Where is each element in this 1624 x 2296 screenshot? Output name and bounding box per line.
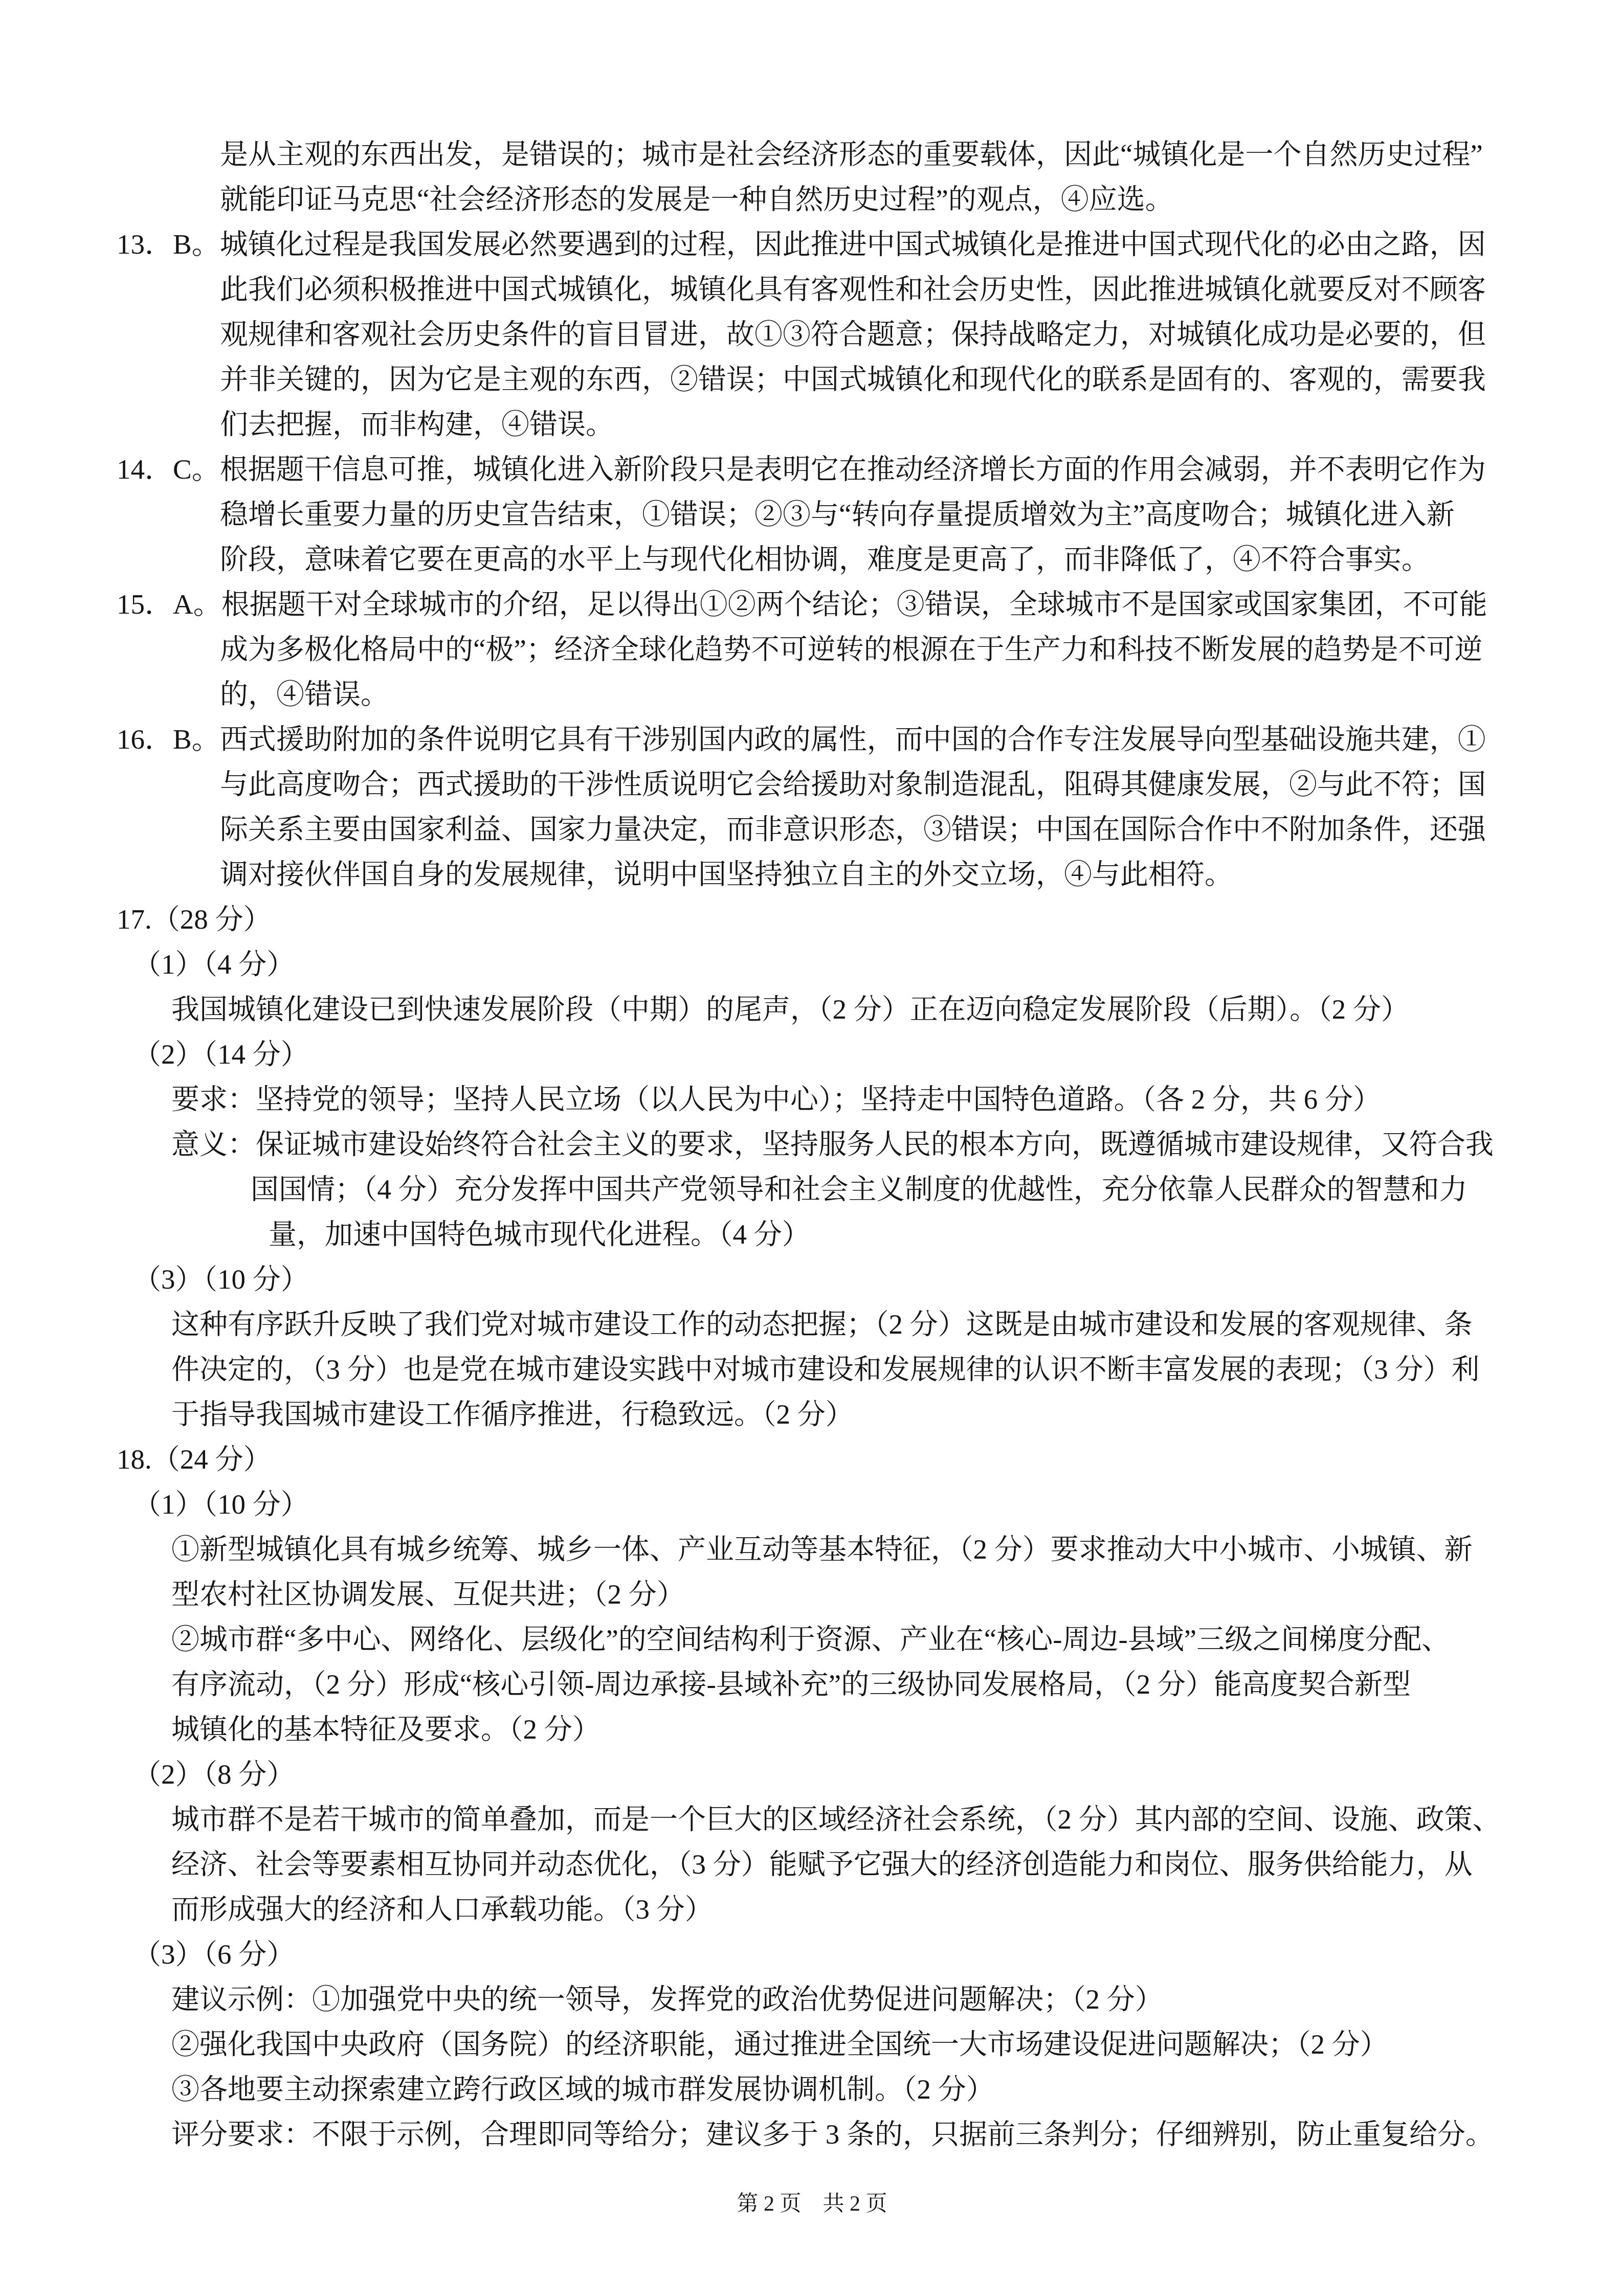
document-line: 稳增长重要力量的历史宣告结束，①错误；②③与“转向存量提质增效为主”高度吻合；城…	[0, 492, 1624, 537]
answer-content: 是从主观的东西出发，是错误的；城市是社会经济形态的重要载体，因此“城镇化是一个自…	[0, 0, 1624, 2157]
document-line-answer-14: 14．C。根据题干信息可推，城镇化进入新阶段只是表明它在推动经济增长方面的作用会…	[0, 447, 1624, 492]
document-line: ②城市群“多中心、网络化、层级化”的空间结构利于资源、产业在“核心-周边-县域”…	[0, 1617, 1624, 1662]
document-line-sub-18-3: （3）（6 分）	[0, 1932, 1624, 1977]
document-line: 而形成强大的经济和人口承载功能。（3 分）	[0, 1887, 1624, 1932]
document-line: 城市群不是若干城市的简单叠加，而是一个巨大的区域经济社会系统，（2 分）其内部的…	[0, 1797, 1624, 1842]
document-line: 件决定的，（3 分）也是党在城市建设实践中对城市建设和发展规律的认识不断丰富发展…	[0, 1347, 1624, 1392]
document-line: 型农村社区协调发展、互促共进；（2 分）	[0, 1572, 1624, 1617]
document-line-answer-16: 16．B。西式援助附加的条件说明它具有干涉别国内政的属性，而中国的合作专注发展导…	[0, 717, 1624, 762]
document-line: 城镇化的基本特征及要求。（2 分）	[0, 1707, 1624, 1752]
document-line: 与此高度吻合；西式援助的干涉性质说明它会给援助对象制造混乱，阻碍其健康发展，②与…	[0, 762, 1624, 807]
document-line: 意义：保证城市建设始终符合社会主义的要求，坚持服务人民的根本方向，既遵循城市建设…	[0, 1122, 1624, 1167]
document-line-sub-17-3: （3）（10 分）	[0, 1257, 1624, 1302]
document-line: 是从主观的东西出发，是错误的；城市是社会经济形态的重要载体，因此“城镇化是一个自…	[0, 132, 1624, 177]
document-line: ②强化我国中央政府（国务院）的经济职能，通过推进全国统一大市场建设促进问题解决；…	[0, 2022, 1624, 2067]
document-line: 阶段，意味着它要在更高的水平上与现代化相协调，难度是更高了，而非降低了，④不符合…	[0, 537, 1624, 582]
document-line-answer-15: 15．A。根据题干对全球城市的介绍，足以得出①②两个结论；③错误，全球城市不是国…	[0, 582, 1624, 627]
document-line: 于指导我国城市建设工作循序推进，行稳致远。（2 分）	[0, 1392, 1624, 1437]
document-line: 们去把握，而非构建，④错误。	[0, 402, 1624, 447]
document-line-sub-17-2: （2）（14 分）	[0, 1032, 1624, 1077]
document-line: 国国情；（4 分）充分发挥中国共产党领导和社会主义制度的优越性，充分依靠人民群众…	[0, 1167, 1624, 1212]
document-line: 这种有序跃升反映了我们党对城市建设工作的动态把握；（2 分）这既是由城市建设和发…	[0, 1302, 1624, 1347]
document-line: 并非关键的，因为它是主观的东西，②错误；中国式城镇化和现代化的联系是固有的、客观…	[0, 357, 1624, 402]
document-line: 调对接伙伴国自身的发展规律，说明中国坚持独立自主的外交立场，④与此相符。	[0, 852, 1624, 897]
document-line: 量，加速中国特色城市现代化进程。（4 分）	[0, 1212, 1624, 1257]
document-line: 际关系主要由国家利益、国家力量决定，而非意识形态，③错误；中国在国际合作中不附加…	[0, 807, 1624, 852]
document-line-answer-18: 18.（24 分）	[0, 1437, 1624, 1482]
document-line: 有序流动，（2 分）形成“核心引领-周边承接-县域补充”的三级协同发展格局，（2…	[0, 1662, 1624, 1707]
document-line-sub-18-2: （2）（8 分）	[0, 1752, 1624, 1797]
document-line: 的，④错误。	[0, 672, 1624, 717]
document-line: 要求：坚持党的领导；坚持人民立场（以人民为中心）；坚持走中国特色道路。（各 2 …	[0, 1077, 1624, 1122]
document-line-answer-17: 17.（28 分）	[0, 897, 1624, 942]
document-line: ③各地要主动探索建立跨行政区域的城市群发展协调机制。（2 分）	[0, 2067, 1624, 2112]
document-line-answer-13: 13．B。城镇化过程是我国发展必然要遇到的过程，因此推进中国式城镇化是推进中国式…	[0, 222, 1624, 267]
document-line: 我国城镇化建设已到快速发展阶段（中期）的尾声，（2 分）正在迈向稳定发展阶段（后…	[0, 987, 1624, 1032]
document-line: 就能印证马克思“社会经济形态的发展是一种自然历史过程”的观点，④应选。	[0, 177, 1624, 222]
document-line-sub-18-1: （1）（10 分）	[0, 1482, 1624, 1527]
document-line: ①新型城镇化具有城乡统筹、城乡一体、产业互动等基本特征，（2 分）要求推动大中小…	[0, 1527, 1624, 1572]
document-line: 经济、社会等要素相互协同并动态优化，（3 分）能赋予它强大的经济创造能力和岗位、…	[0, 1842, 1624, 1887]
document-line: 此我们必须积极推进中国式城镇化，城镇化具有客观性和社会历史性，因此推进城镇化就要…	[0, 267, 1624, 312]
document-line: 建议示例：①加强党中央的统一领导，发挥党的政治优势促进问题解决；（2 分）	[0, 1977, 1624, 2022]
document-line: 成为多极化格局中的“极”；经济全球化趋势不可逆转的根源在于生产力和科技不断发展的…	[0, 627, 1624, 672]
document-line: 评分要求：不限于示例，合理即同等给分；建议多于 3 条的，只据前三条判分；仔细辨…	[0, 2112, 1624, 2157]
answer-sheet-page: 是从主观的东西出发，是错误的；城市是社会经济形态的重要载体，因此“城镇化是一个自…	[0, 0, 1624, 2296]
page-footer: 第 2 页 共 2 页	[0, 2189, 1624, 2219]
document-line-sub-17-1: （1）（4 分）	[0, 942, 1624, 987]
document-line: 观规律和客观社会历史条件的盲目冒进，故①③符合题意；保持战略定力，对城镇化成功是…	[0, 312, 1624, 357]
